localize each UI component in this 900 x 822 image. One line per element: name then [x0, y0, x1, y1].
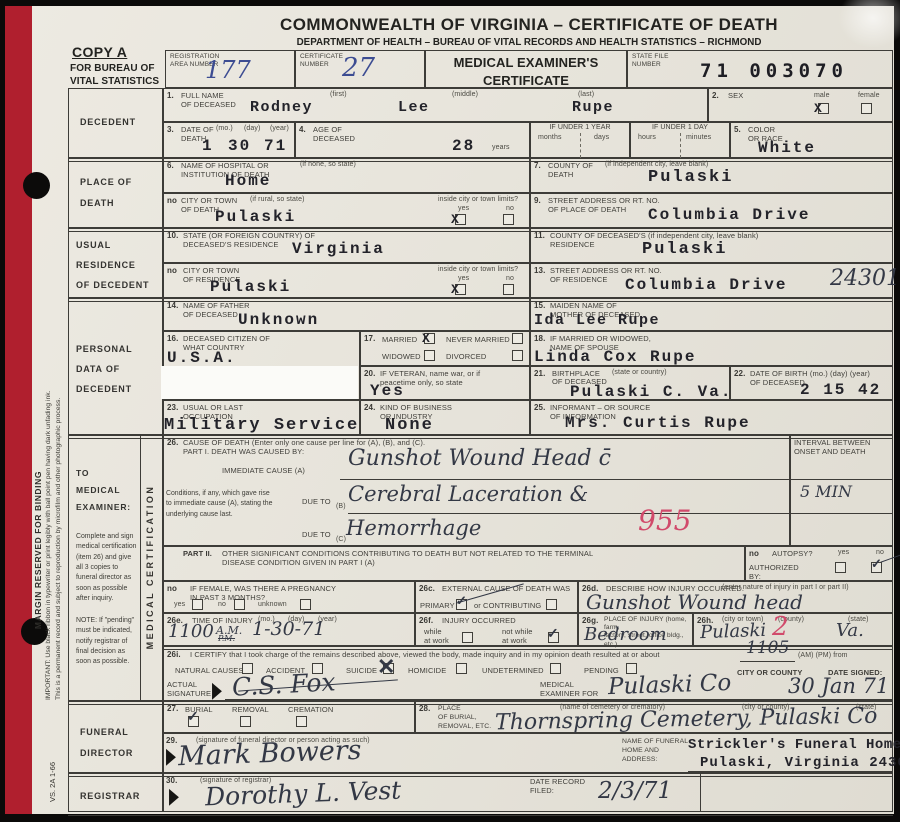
birthplace-value: Pulaski C. Va.	[570, 383, 732, 401]
field-3-mo-hint: (mo.)	[216, 125, 233, 134]
margin-important-text: IMPORTANT: Use black ribbon in typewrite…	[45, 270, 52, 700]
place-of-injury-handwritten: Bedroom	[584, 624, 667, 645]
widowed-label: WIDOWED	[382, 352, 421, 361]
date-of-injury-handwritten: 1-30-71	[252, 618, 325, 640]
under-1-year-months: months	[538, 134, 562, 143]
redaction-box	[161, 366, 358, 399]
binding-stripe	[5, 6, 32, 814]
b-label: (B)	[336, 503, 346, 512]
county-of-death-value: Pulaski	[648, 168, 733, 187]
residence-street-value: Columbia Drive	[625, 276, 787, 294]
cremation-label: CREMATION	[288, 705, 333, 714]
field-8-hint: (if rural, so state)	[250, 196, 305, 205]
occupation-value: Military Service	[164, 416, 359, 435]
industry-value: None	[385, 416, 434, 435]
cause-a-line	[340, 479, 790, 480]
date-of-birth-value: 2 15 42	[800, 381, 881, 399]
field-21-hint: (state or country)	[612, 369, 667, 378]
married-label: MARRIED	[382, 335, 417, 344]
pregnancy-unknown-label: unknown	[258, 601, 287, 610]
cause-code-red: 955	[638, 504, 691, 537]
date-signed-handwritten: 30 Jan 71	[788, 674, 889, 698]
informant-value: Mrs. Curtis Rupe	[565, 414, 751, 432]
pregnancy-unknown-checkbox	[300, 599, 311, 610]
field-12-no: no	[167, 266, 177, 276]
death-day-value: 30	[228, 137, 251, 155]
field-26b-label: IF FEMALE, WAS THERE A PREGNANCY IN PAST…	[190, 584, 336, 603]
field-14-no: 14.	[167, 301, 178, 311]
city-of-death-value: Pulaski	[215, 208, 296, 226]
field-13-no: 13.	[534, 266, 545, 276]
pregnancy-yes-label: yes	[174, 601, 185, 610]
pregnancy-yes-checkbox	[192, 599, 203, 610]
interval-label: INTERVAL BETWEEN ONSET AND DEATH	[794, 438, 870, 457]
am-pm-from-label: (AM) (PM) from	[798, 652, 848, 661]
field-6-no: 6.	[167, 161, 174, 171]
undetermined-label: UNDETERMINED	[482, 666, 544, 675]
first-name-value: Rodney	[250, 99, 313, 116]
signature-baseline	[225, 699, 893, 700]
margin-permanent-text: This is a permanent record and subject t…	[55, 270, 62, 700]
field-16-no: 16.	[167, 334, 178, 344]
margin-binding-text: MARGIN RESERVED FOR BINDING	[33, 400, 43, 700]
field-9-no: 9.	[534, 196, 541, 206]
residence-county-value: Pulaski	[642, 240, 727, 259]
certificate-type: MEDICAL EXAMINER'S CERTIFICATE	[425, 54, 627, 89]
undetermined-checkbox	[550, 663, 561, 674]
under-1-day-label: IF UNDER 1 DAY	[630, 124, 730, 133]
field-21-no: 21.	[534, 369, 545, 379]
interval-value-handwritten: 5 MIN	[800, 482, 852, 501]
rule	[68, 815, 893, 816]
field-26f-label: INJURY OCCURRED	[442, 616, 516, 625]
field-15-no: 15.	[534, 301, 545, 311]
medical-examiner-for-label: MEDICAL EXAMINER FOR	[540, 680, 598, 699]
cause-a-handwritten: Gunshot Wound Head c̄	[348, 446, 611, 471]
part2-label: PART II.	[183, 549, 212, 558]
sidebar-me-note1: Complete and sign medical certification …	[76, 532, 138, 605]
spouse-name-value: Linda Cox Rupe	[534, 348, 696, 366]
homicide-label: HOMICIDE	[408, 666, 446, 675]
divider	[580, 133, 581, 158]
field-8-no-label: no	[506, 205, 514, 214]
not-while-at-work-label: not while at work	[502, 627, 533, 646]
field-28-no: 28.	[419, 704, 430, 714]
residence-city-value: Pulaski	[210, 278, 291, 296]
funeral-director-signature: Mark Bowers	[178, 735, 363, 772]
sidebar-medical-divider	[140, 435, 141, 701]
veteran-value: Yes	[370, 382, 405, 400]
funeral-home-name: Strickler's Funeral Home, In	[688, 737, 900, 753]
field-26-no: 26.	[167, 438, 178, 448]
death-month-value: 1	[202, 137, 214, 155]
funeral-home-address: Pulaski, Virginia 24301	[700, 755, 900, 771]
sidebar-place-of-death: PLACE OF DEATH	[80, 172, 132, 213]
under-1-year-label: IF UNDER 1 YEAR	[530, 124, 630, 133]
pregnancy-no-checkbox	[234, 599, 245, 610]
field-22-no: 22.	[734, 369, 745, 379]
field-2-no: 2.	[712, 91, 719, 101]
punch-hole-top	[23, 172, 50, 199]
field-1-label: FULL NAME OF DECEASED	[181, 91, 236, 110]
field-5-no: 5.	[734, 125, 741, 135]
field-7-no: 7.	[534, 161, 541, 171]
field-27-no: 27.	[167, 704, 178, 714]
field-3-year-hint: (year)	[270, 125, 289, 134]
death-year-value: 71	[264, 137, 287, 155]
age-unit-label: years	[492, 144, 510, 153]
field-25-no: 25.	[534, 403, 545, 413]
field-18-no: 18.	[534, 334, 545, 344]
sex-female-label: female	[858, 92, 880, 101]
divider	[680, 133, 681, 158]
cause-c-handwritten: Hemorrhage	[346, 516, 481, 540]
funeral-home-label: NAME OF FUNERAL HOME AND ADDRESS:	[622, 737, 688, 765]
field-8-yes-mark: X	[451, 212, 460, 227]
actual-signature-label: ACTUAL SIGNATURE	[167, 680, 211, 699]
not-while-at-work-mark: ✓	[547, 626, 559, 642]
sidebar-medical-certification: MEDICAL CERTIFICATION	[145, 442, 155, 692]
field-1-first-hint: (first)	[330, 91, 347, 100]
field-24-no: 24.	[364, 403, 375, 413]
sidebar-usual-residence: USUAL RESIDENCE OF DECEDENT	[76, 236, 149, 295]
field-23-no: 23.	[167, 403, 178, 413]
examiner-jurisdiction-handwritten: Pulaski Co	[608, 670, 732, 700]
interval-line-a	[790, 479, 893, 480]
state-file-label: STATE FILE NUMBER	[632, 53, 669, 69]
date-filed-label: DATE RECORD FILED:	[530, 777, 585, 796]
certify-statement: I CERTIFY that I took charge of the rema…	[190, 650, 790, 659]
injury-state-handwritten: Va.	[836, 620, 864, 641]
never-married-checkbox	[512, 333, 523, 344]
time-of-death-line	[740, 661, 795, 662]
race-value: White	[758, 139, 816, 157]
autopsy-yes-checkbox	[835, 562, 846, 573]
field-20-no: 20.	[364, 369, 375, 379]
how-injury-occurred-handwritten: Gunshot Wound head	[586, 590, 803, 614]
never-married-label: NEVER MARRIED	[446, 335, 510, 344]
field-11-no: 11.	[534, 231, 545, 241]
date-filed-handwritten: 2/3/71	[598, 778, 672, 804]
field-26c-no: 26c.	[419, 584, 435, 594]
field-1-middle-hint: (middle)	[452, 91, 478, 100]
primary-label: PRIMARY	[420, 601, 455, 610]
field-12-limits-label: inside city or town limits?	[438, 266, 518, 275]
field-2-label: SEX	[728, 91, 743, 100]
certificate-number-value: 27	[342, 53, 375, 83]
field-26f-no: 26f.	[419, 616, 433, 626]
autopsy-label: AUTOPSY?	[772, 549, 813, 558]
cause-b-line	[348, 513, 790, 514]
field-28-label: PLACE OF BURIAL, REMOVAL, ETC.	[438, 704, 491, 732]
time-of-injury-struck: P.M.	[218, 634, 235, 643]
middle-name-value: Lee	[398, 99, 430, 116]
cause-b-handwritten: Cerebral Laceration &	[348, 482, 588, 506]
field-6-hint: (if none, so state)	[300, 161, 356, 170]
sidebar-decedent: DECEDENT	[80, 112, 136, 133]
registration-value: 177	[205, 56, 251, 84]
age-value: 28	[452, 137, 475, 155]
under-1-day-hours: hours	[638, 134, 656, 143]
sex-female-checkbox	[861, 103, 872, 114]
field-8-no-checkbox	[503, 214, 514, 225]
time-of-death-handwritten: 1105	[746, 638, 789, 658]
residence-state-value: Virginia	[292, 240, 385, 258]
field-26a-no: no	[749, 549, 759, 559]
due-to-c-label: DUE TO	[302, 530, 331, 539]
field-12-no-checkbox	[503, 284, 514, 295]
father-name-value: Unknown	[238, 311, 319, 329]
part2-text: OTHER SIGNIFICANT CONDITIONS CONTRIBUTIN…	[222, 549, 593, 568]
field-12-yes-mark: X	[451, 282, 460, 297]
field-1-cell	[163, 88, 708, 122]
divorced-label: DIVORCED	[446, 352, 486, 361]
married-mark: X	[422, 331, 431, 346]
street-of-death-value: Columbia Drive	[648, 206, 810, 224]
authorized-by-label: AUTHORIZED BY:	[749, 563, 799, 582]
form-number: VS. 2A 1-66	[48, 732, 57, 802]
autopsy-no-mark: ✓	[871, 557, 882, 572]
under-1-year-days: days	[594, 134, 609, 143]
divorced-checkbox	[512, 350, 523, 361]
widowed-checkbox	[424, 350, 435, 361]
pregnancy-no-label: no	[218, 601, 226, 610]
field-8-no: no	[167, 196, 177, 206]
field-1-no: 1.	[167, 91, 174, 101]
cremation-checkbox	[296, 716, 307, 727]
removal-label: REMOVAL	[232, 705, 269, 714]
contributing-label: or CONTRIBUTING	[474, 601, 541, 610]
burial-mark: ✓	[187, 709, 199, 725]
field-8-limits-label: inside city or town limits?	[438, 196, 518, 205]
while-at-work-label: while at work	[424, 627, 449, 646]
mother-name-value: Ida Lee Rupe	[534, 312, 660, 329]
suicide-mark: ✕	[377, 654, 395, 680]
time-of-injury-handwritten: 1100	[168, 621, 214, 642]
under-1-day-minutes: minutes	[686, 134, 711, 143]
immediate-cause-label: IMMEDIATE CAUSE (A)	[222, 466, 305, 475]
copy-sublabel: FOR BUREAU OF VITAL STATISTICS	[70, 62, 159, 88]
death-certificate-scan: MARGIN RESERVED FOR BINDING IMPORTANT: U…	[0, 0, 900, 822]
interval-line-b	[790, 513, 893, 514]
funeral-director-arrow-icon: ▶	[166, 742, 176, 769]
homicide-checkbox	[456, 663, 467, 674]
conditions-note: Conditions, if any, which gave rise to i…	[166, 489, 272, 520]
citizenship-value: U.S.A.	[167, 349, 237, 367]
certificate-subtitle: DEPARTMENT OF HEALTH – BUREAU OF VITAL R…	[165, 37, 893, 48]
residence-zip-handwritten: 24301	[830, 266, 900, 291]
field-4-no: 4.	[299, 125, 306, 135]
c-label: (C)	[336, 536, 346, 545]
copy-label: COPY A	[72, 44, 127, 62]
field-3-no: 3.	[167, 125, 174, 135]
state-file-value: 71 003070	[700, 60, 848, 82]
last-name-value: Rupe	[572, 99, 614, 116]
field-9-label: STREET ADDRESS OR RT. NO. OF PLACE OF DE…	[548, 196, 660, 215]
removal-checkbox	[240, 716, 251, 727]
field-7-label: COUNTY OF DEATH	[548, 161, 593, 180]
sidebar-funeral-director: FUNERAL DIRECTOR	[80, 722, 133, 763]
field-4-label: AGE OF DECEASED	[313, 125, 355, 144]
field-17-no: 17.	[364, 334, 375, 344]
funeral-home-underline	[688, 771, 893, 772]
field-3-day-hint: (day)	[244, 125, 260, 134]
field-30-divider	[700, 773, 701, 812]
field-26i-no: 26i.	[167, 650, 181, 660]
due-to-b-label: DUE TO	[302, 497, 331, 506]
place-of-death-value: Home	[225, 172, 271, 190]
certificate-number-label: CERTIFICATE NUMBER	[300, 53, 343, 69]
sex-male-mark: X	[814, 101, 823, 116]
signature-arrow-icon: ▶	[212, 676, 222, 703]
suicide-label: SUICIDE	[346, 666, 377, 675]
sidebar-to-medical-examiner: TO MEDICAL EXAMINER:	[76, 465, 131, 516]
autopsy-yes-label: yes	[838, 549, 849, 558]
sidebar-me-note2: NOTE: If "pending" must be indicated, no…	[76, 616, 138, 668]
sex-male-label: male	[814, 92, 830, 101]
registrar-arrow-icon: ▶	[169, 782, 179, 809]
certificate-title: COMMONWEALTH OF VIRGINIA – CERTIFICATE O…	[165, 15, 893, 35]
sidebar-personal-data: PERSONAL DATA OF DECEDENT	[76, 340, 132, 399]
field-26b-no: no	[167, 584, 177, 594]
sidebar-registrar: REGISTRAR	[80, 786, 140, 807]
rule	[68, 776, 893, 777]
field-12-no-label: no	[506, 275, 514, 284]
while-at-work-checkbox	[462, 632, 473, 643]
contributing-checkbox	[546, 599, 557, 610]
field-10-no: 10.	[167, 231, 178, 241]
